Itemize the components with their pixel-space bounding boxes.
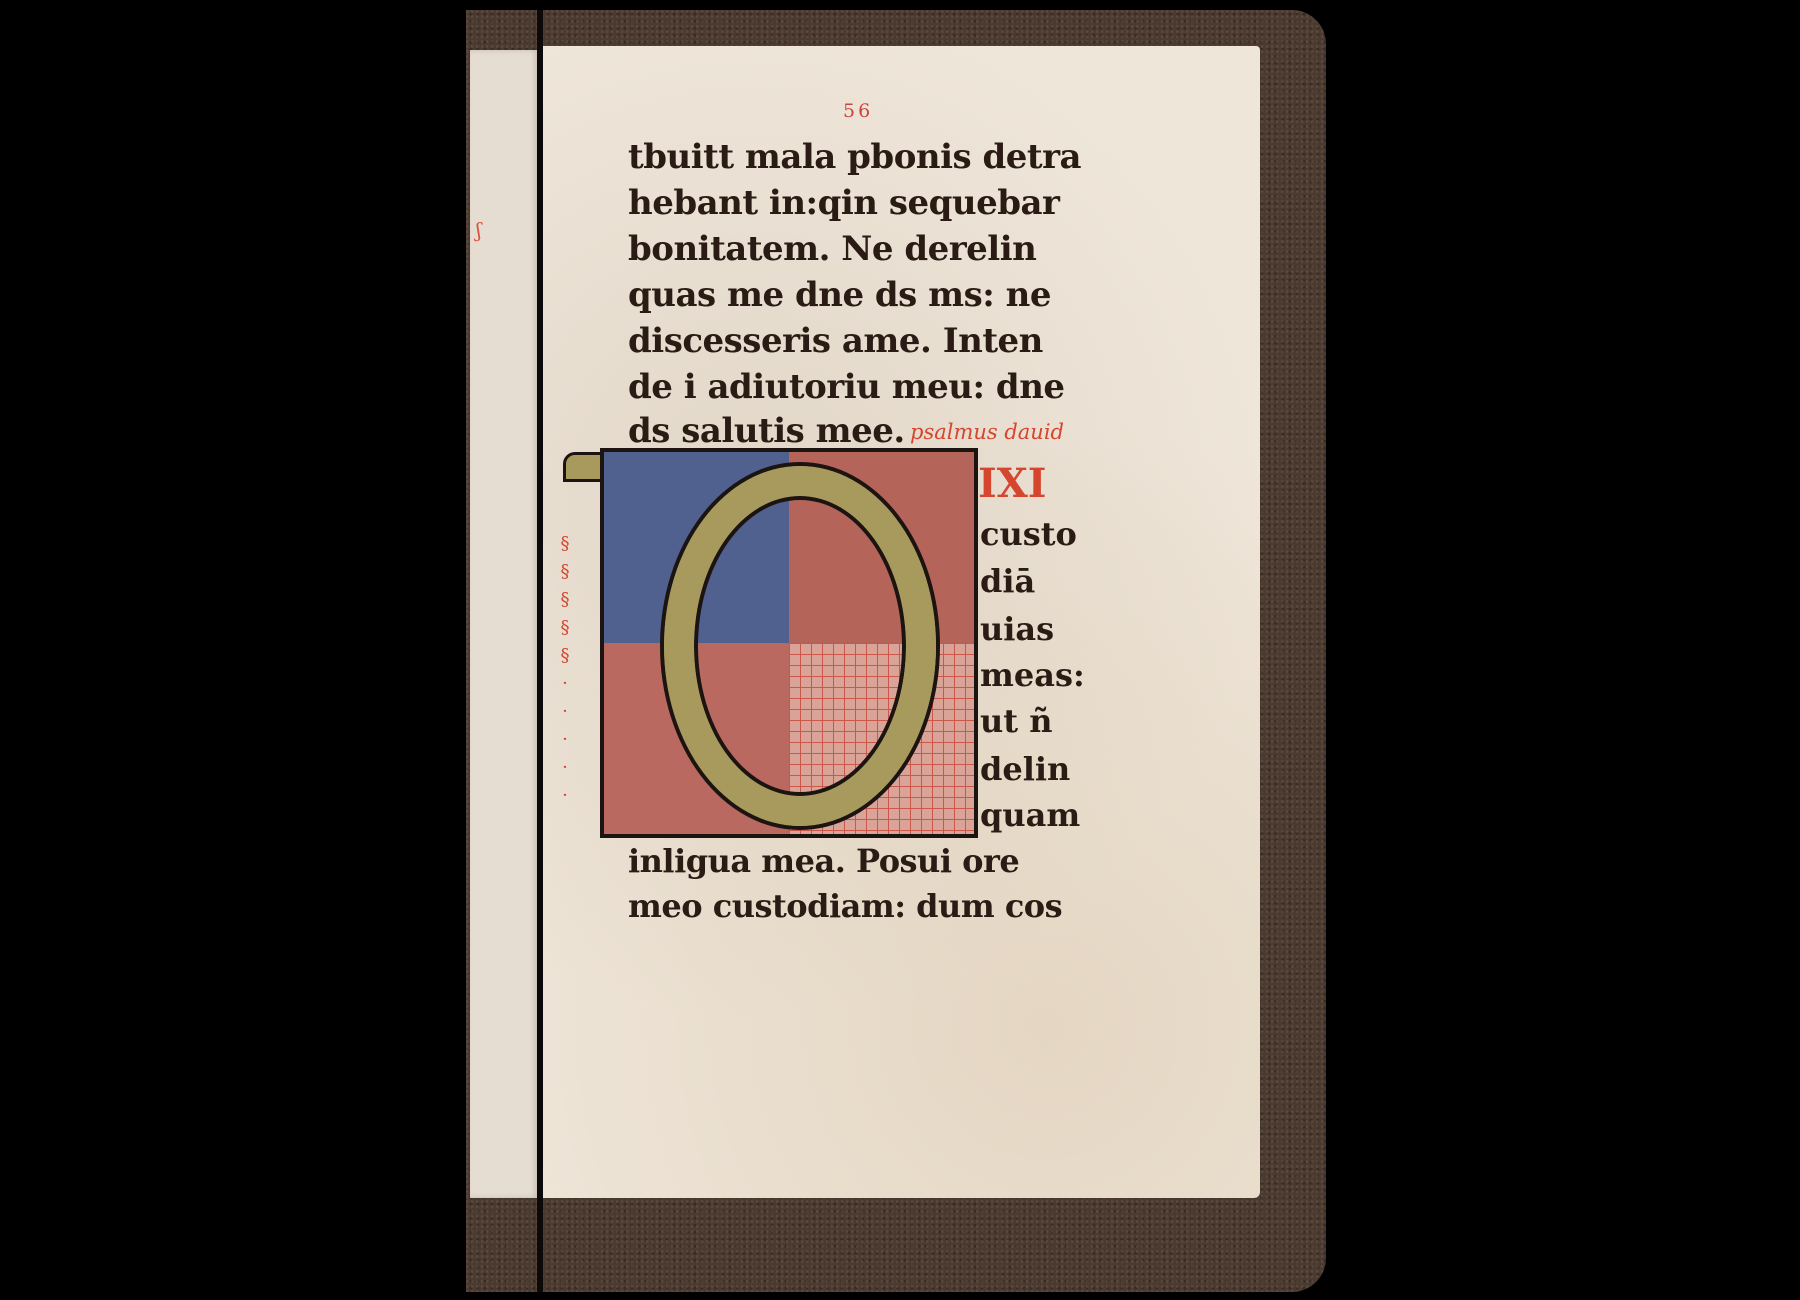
text-line: de i adiutoriu meu: dne — [628, 370, 1065, 404]
text-line: meo custodiam: dum cos — [628, 890, 1062, 922]
text-line: inligua mea. Posui ore — [628, 845, 1019, 877]
column-line: ut ñ — [980, 702, 1052, 740]
text-line: bonitatem. Ne derelin — [628, 232, 1036, 266]
red-pen-flourish: §§§§§····· — [552, 530, 578, 830]
column-line: meas: — [980, 656, 1085, 694]
strip-red-mark: ʃ — [476, 218, 481, 242]
column-line: uias — [980, 610, 1054, 648]
psalm-numeral: IXI — [978, 460, 1046, 507]
text-line: ds salutis mee. — [628, 414, 905, 448]
text-line: quas me dne ds ms: ne — [628, 278, 1051, 312]
illuminated-initial — [600, 448, 978, 838]
text-line: tbuitt mala pbonis detra — [628, 140, 1081, 174]
initial-gold-letter — [664, 466, 936, 826]
folio-number: 56 — [843, 100, 873, 122]
text-line: hebant in:qin sequebar — [628, 186, 1059, 220]
column-line: delin — [980, 750, 1070, 788]
column-line: custo — [980, 515, 1077, 553]
rubric-heading: psalmus dauid — [910, 420, 1064, 444]
text-line: discesseris ame. Inten — [628, 324, 1043, 358]
column-line: diā — [980, 562, 1035, 600]
column-line: quam — [980, 796, 1080, 834]
